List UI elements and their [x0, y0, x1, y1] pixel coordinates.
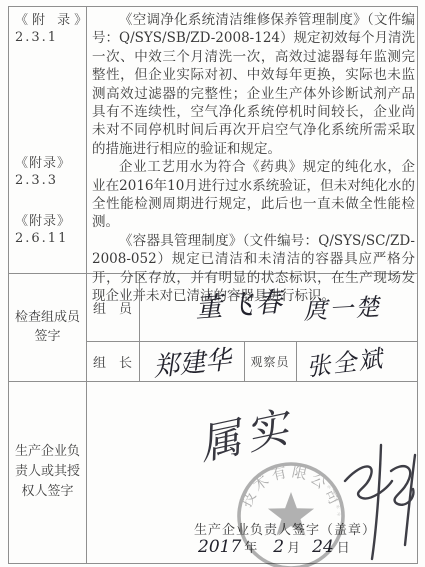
appendix-title: 《附录》 — [15, 155, 85, 172]
findings-text: 《空调净化系统清洁维修保养管理制度》（文件编号：Q/SYS/SB/ZD-2008… — [92, 11, 415, 306]
star-icon — [268, 492, 314, 536]
appendix-title: 《附录》 — [15, 213, 85, 230]
finding-paragraph-1: 《空调净化系统清洁维修保养管理制度》（文件编号：Q/SYS/SB/ZD-2008… — [92, 11, 415, 158]
scanned-inspection-report-page: { "appendix_rows": [ {"title": "《附 录》", … — [0, 0, 425, 567]
leader-signature-cell: 郑建华 — [139, 341, 244, 381]
appendix-ref-2-6-11: 《附录》 2.6.11 — [15, 213, 85, 247]
manufacturer-label-line2: 责人或其授 — [15, 462, 80, 482]
appendix-clause: 2.3.3 — [15, 172, 85, 189]
leader-label: 组 长 — [86, 341, 139, 381]
appendix-ref-2-3-1: 《附 录》 2.3.1 — [15, 12, 85, 46]
member-label: 组 员 — [86, 273, 139, 341]
member-signature-cell: 董飞春 庹一楚 — [139, 273, 417, 341]
inspection-team-label-line1: 检查组成员 — [15, 308, 80, 327]
appendix-clause: 2.3.1 — [15, 29, 85, 46]
manufacturer-label-line3: 权人签字 — [21, 482, 73, 502]
report-table: 《附 录》 2.3.1 《附录》 2.3.3 《附录》 2.6.11 《空调净化… — [8, 6, 418, 564]
leader-signature: 郑建华 — [151, 339, 232, 384]
appendix-title: 《附 录》 — [15, 12, 85, 29]
appendix-clause: 2.6.11 — [15, 230, 85, 247]
manufacturer-signature-cell: 属实 生产企业负责人签字（盖章） 2017年2月24日 技术有限公司 ＊＊＊＊＊… — [86, 381, 417, 563]
manufacturer-label: 生产企业负 责人或其授 权人签字 — [9, 381, 86, 563]
observer-signature-cell: 张全斌 — [296, 341, 417, 381]
appendix-ref-2-3-3: 《附录》 2.3.3 — [15, 155, 85, 189]
finding-paragraph-2: 企业工艺用水为符合《药典》规定的纯化水，企业在2016年10月进行过水系统验证，… — [92, 158, 415, 232]
member-signature-2: 庹一楚 — [302, 287, 382, 326]
manufacturer-label-line1: 生产企业负 — [15, 442, 80, 462]
member-signature-1: 董飞春 — [194, 280, 287, 325]
observer-signature: 张全斌 — [304, 338, 386, 382]
observer-label: 观察员 — [244, 341, 296, 381]
inspection-team-label-line2: 签字 — [34, 327, 60, 346]
responsible-person-signature-scribble — [329, 437, 425, 565]
inspection-team-label: 检查组成员 签字 — [9, 273, 86, 381]
